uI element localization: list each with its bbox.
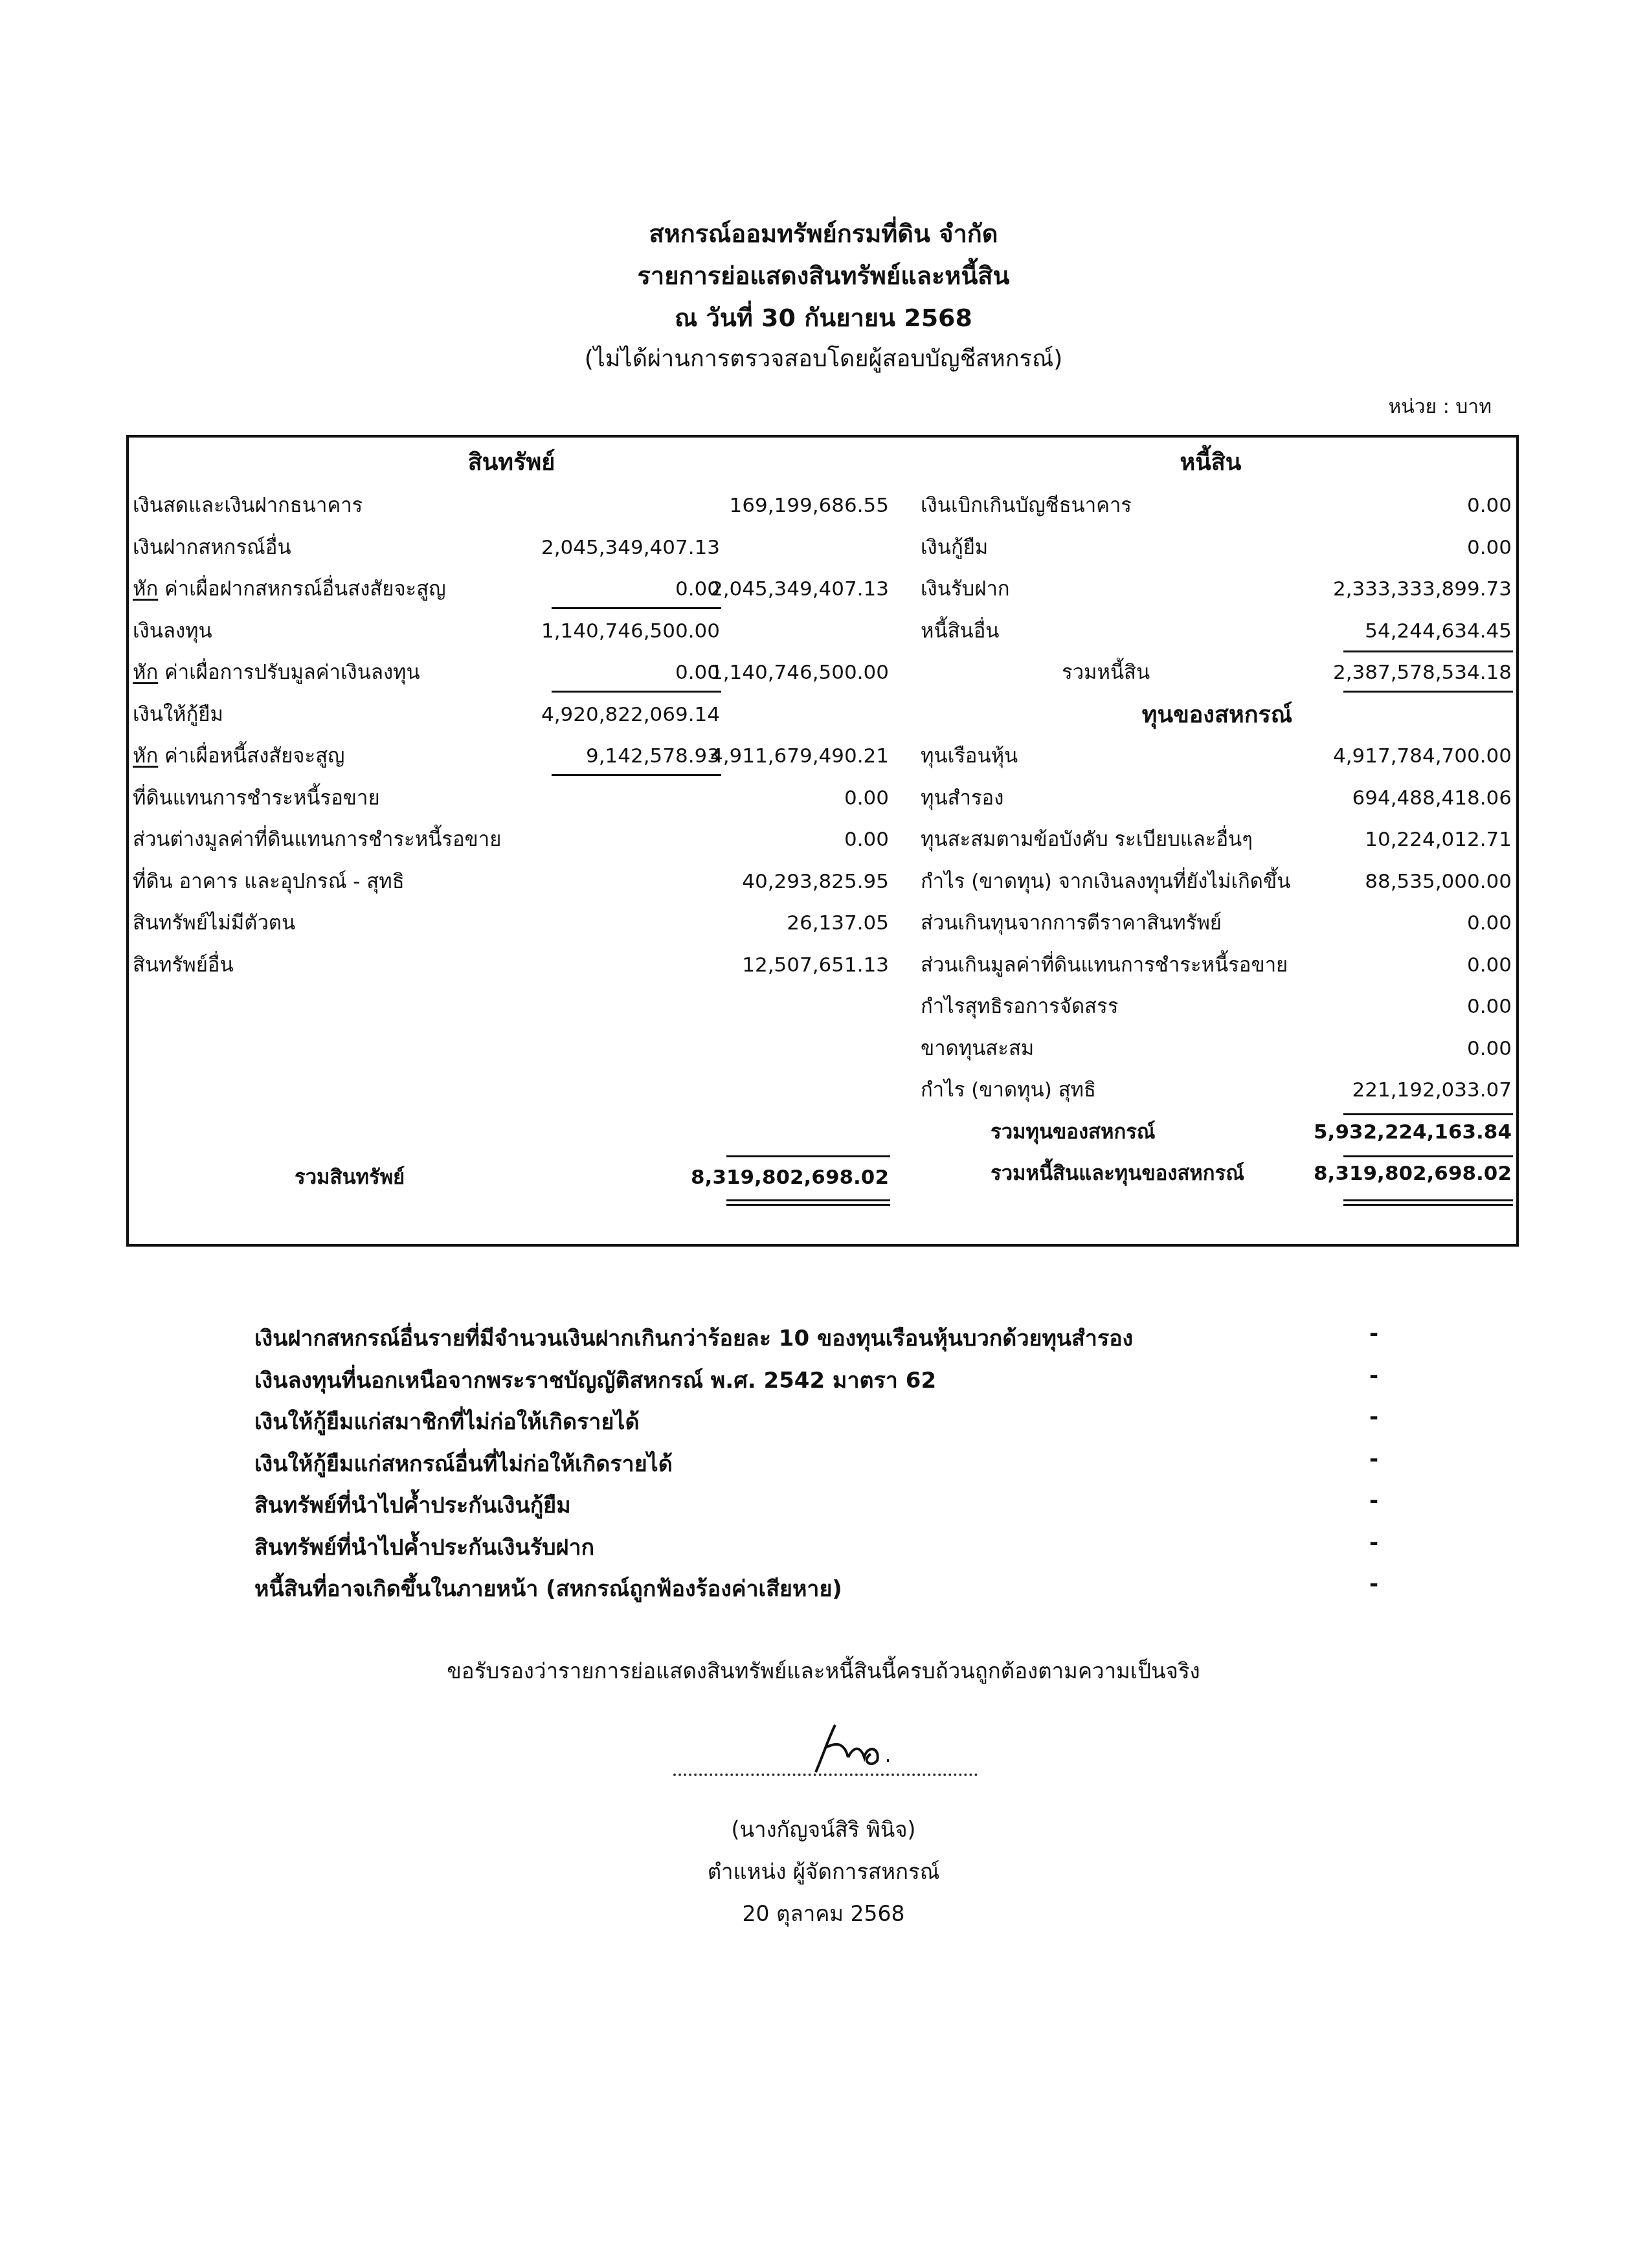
- total-assets-row: รวมสินทรัพย์ 8,319,802,698.02: [0, 1159, 1647, 1196]
- note-label: สินทรัพย์ที่นำไปค้ำประกันเงินกู้ยืม: [254, 1487, 571, 1522]
- total-equity-value: 5,932,224,163.84: [1314, 1113, 1512, 1151]
- total-assets-value: 8,319,802,698.02: [691, 1159, 889, 1196]
- equity-row-value: 221,192,033.07: [1352, 1071, 1512, 1109]
- equity-row-value: 0.00: [1467, 904, 1512, 942]
- total-liabilities-value: 2,387,578,534.18: [1333, 654, 1512, 691]
- equity-row-label: กำไรสุทธิรอการจัดสรร: [921, 988, 1118, 1025]
- note-label: เงินให้กู้ยืมแก่สหกรณ์อื่นที่ไม่ก่อให้เก…: [254, 1446, 673, 1481]
- signer-position: ตำแหน่ง ผู้จัดการสหกรณ์: [0, 1854, 1647, 1889]
- equity-row-label: ส่วนเกินทุนจากการตีราคาสินทรัพย์: [921, 904, 1222, 942]
- equity-row-label: ทุนสะสมตามข้อบังคับ ระเบียบและอื่นๆ: [921, 821, 1253, 858]
- equity-row-value: 4,917,784,700.00: [1333, 737, 1512, 775]
- liability-row-label: เงินเบิกเกินบัญชีธนาคาร: [921, 487, 1132, 524]
- liability-row-label: หนี้สินอื่น: [921, 612, 1000, 650]
- note-value: -: [1369, 1320, 1378, 1346]
- equity-row: กำไร (ขาดทุน) จากเงินลงทุนที่ยังไม่เกิดข…: [0, 863, 1647, 900]
- total-equity-label: รวมทุนของสหกรณ์: [991, 1113, 1156, 1151]
- note-value: -: [1369, 1446, 1378, 1472]
- asset-row: เงินให้กู้ยืม4,920,822,069.14: [0, 696, 1647, 733]
- note-value: -: [1369, 1487, 1378, 1513]
- signature-icon: [800, 1722, 916, 1773]
- liability-row: หนี้สินอื่น54,244,634.45: [0, 612, 1647, 650]
- equity-row-value: 88,535,000.00: [1365, 863, 1512, 900]
- note-value: -: [1369, 1529, 1378, 1555]
- org-name: สหกรณ์ออมทรัพย์กรมที่ดิน จำกัด: [0, 214, 1647, 253]
- equity-row: ทุนสำรอง694,488,418.06: [0, 779, 1647, 817]
- total-assets-double-rule: [726, 1199, 890, 1206]
- liability-row: เงินเบิกเกินบัญชีธนาคาร0.00: [0, 487, 1647, 524]
- total-assets-label: รวมสินทรัพย์: [295, 1159, 405, 1196]
- total-assets-top-rule: [726, 1155, 890, 1157]
- equity-row-label: กำไร (ขาดทุน) สุทธิ: [921, 1071, 1096, 1109]
- equity-row-value: 0.00: [1467, 988, 1512, 1025]
- equity-row: กำไรสุทธิรอการจัดสรร0.00: [0, 988, 1647, 1025]
- signature-line: [673, 1773, 978, 1776]
- equity-row-label: ส่วนเกินมูลค่าที่ดินแทนการชำระหนี้รอขาย: [921, 946, 1288, 984]
- equity-heading: ทุนของสหกรณ์: [1036, 696, 1398, 733]
- note-label: เงินฝากสหกรณ์อื่นรายที่มีจำนวนเงินฝากเกิ…: [254, 1320, 1133, 1355]
- note-label: เงินลงทุนที่นอกเหนือจากพระราชบัญญัติสหกร…: [254, 1362, 936, 1397]
- note-value: -: [1369, 1362, 1378, 1388]
- equity-row-value: 10,224,012.71: [1365, 821, 1512, 858]
- equity-row: ขาดทุนสะสม0.00: [0, 1030, 1647, 1067]
- total-liabilities-label: รวมหนี้สิน: [1062, 654, 1150, 691]
- asset-sub-value: 4,920,822,069.14: [541, 696, 720, 733]
- report-title: รายการย่อแสดงสินทรัพย์และหนี้สิน: [0, 256, 1647, 295]
- liabilities-top-rule: [1343, 650, 1513, 652]
- total-equity: รวมทุนของสหกรณ์5,932,224,163.84: [0, 1113, 1647, 1151]
- note-value: -: [1369, 1571, 1378, 1597]
- equity-row-label: ทุนเรือนหุ้น: [921, 737, 1018, 775]
- equity-row: กำไร (ขาดทุน) สุทธิ221,192,033.07: [0, 1071, 1647, 1109]
- note-label: เงินให้กู้ยืมแก่สมาชิกที่ไม่ก่อให้เกิดรา…: [254, 1404, 640, 1439]
- note-label: หนี้สินที่อาจเกิดขึ้นในภายหน้า (สหกรณ์ถู…: [254, 1571, 842, 1606]
- note-label: สินทรัพย์ที่นำไปค้ำประกันเงินรับฝาก: [254, 1529, 594, 1564]
- liability-row-value: 2,333,333,899.73: [1333, 570, 1512, 608]
- audit-note: (ไม่ได้ผ่านการตรวจสอบโดยผู้สอบบัญชีสหกรณ…: [0, 340, 1647, 377]
- equity-row: ส่วนเกินมูลค่าที่ดินแทนการชำระหนี้รอขาย0…: [0, 946, 1647, 984]
- equity-row-label: ทุนสำรอง: [921, 779, 1003, 817]
- liability-row: เงินรับฝาก2,333,333,899.73: [0, 570, 1647, 608]
- equity-row-value: 694,488,418.06: [1352, 779, 1512, 817]
- liability-row-value: 54,244,634.45: [1365, 612, 1512, 650]
- equity-row: ทุนเรือนหุ้น4,917,784,700.00: [0, 737, 1647, 775]
- signer-name: (นางกัญจน์สิริ พินิจ): [0, 1812, 1647, 1847]
- liability-row-label: เงินรับฝาก: [921, 570, 1010, 608]
- equity-row-label: กำไร (ขาดทุน) จากเงินลงทุนที่ยังไม่เกิดข…: [921, 863, 1290, 900]
- assets-heading: สินทรัพย์: [129, 443, 893, 480]
- grand-total-double-rule: [1343, 1199, 1513, 1206]
- note-value: -: [1369, 1404, 1378, 1430]
- currency-unit: หน่วย : บาท: [1388, 392, 1492, 422]
- liability-row-label: เงินกู้ยืม: [921, 529, 988, 566]
- equity-row-label: ขาดทุนสะสม: [921, 1030, 1034, 1067]
- certification-date: 20 ตุลาคม 2568: [0, 1896, 1647, 1931]
- equity-row: ทุนสะสมตามข้อบังคับ ระเบียบและอื่นๆ10,22…: [0, 821, 1647, 858]
- liability-row: เงินกู้ยืม0.00: [0, 529, 1647, 566]
- report-date: ณ วันที่ 30 กันยายน 2568: [0, 298, 1647, 337]
- asset-label: เงินให้กู้ยืม: [133, 696, 223, 733]
- liabilities-bottom-rule: [1343, 691, 1513, 693]
- equity-row: ส่วนเกินทุนจากการตีราคาสินทรัพย์0.00: [0, 904, 1647, 942]
- equity-row-value: 0.00: [1467, 1030, 1512, 1067]
- liability-row-value: 0.00: [1467, 487, 1512, 524]
- liability-row-value: 0.00: [1467, 529, 1512, 566]
- liabilities-heading: หนี้สิน: [906, 443, 1515, 480]
- certification-statement: ขอรับรองว่ารายการย่อแสดงสินทรัพย์และหนี้…: [0, 1654, 1647, 1688]
- equity-row-value: 0.00: [1467, 946, 1512, 984]
- total-liabilities: รวมหนี้สิน2,387,578,534.18: [0, 654, 1647, 691]
